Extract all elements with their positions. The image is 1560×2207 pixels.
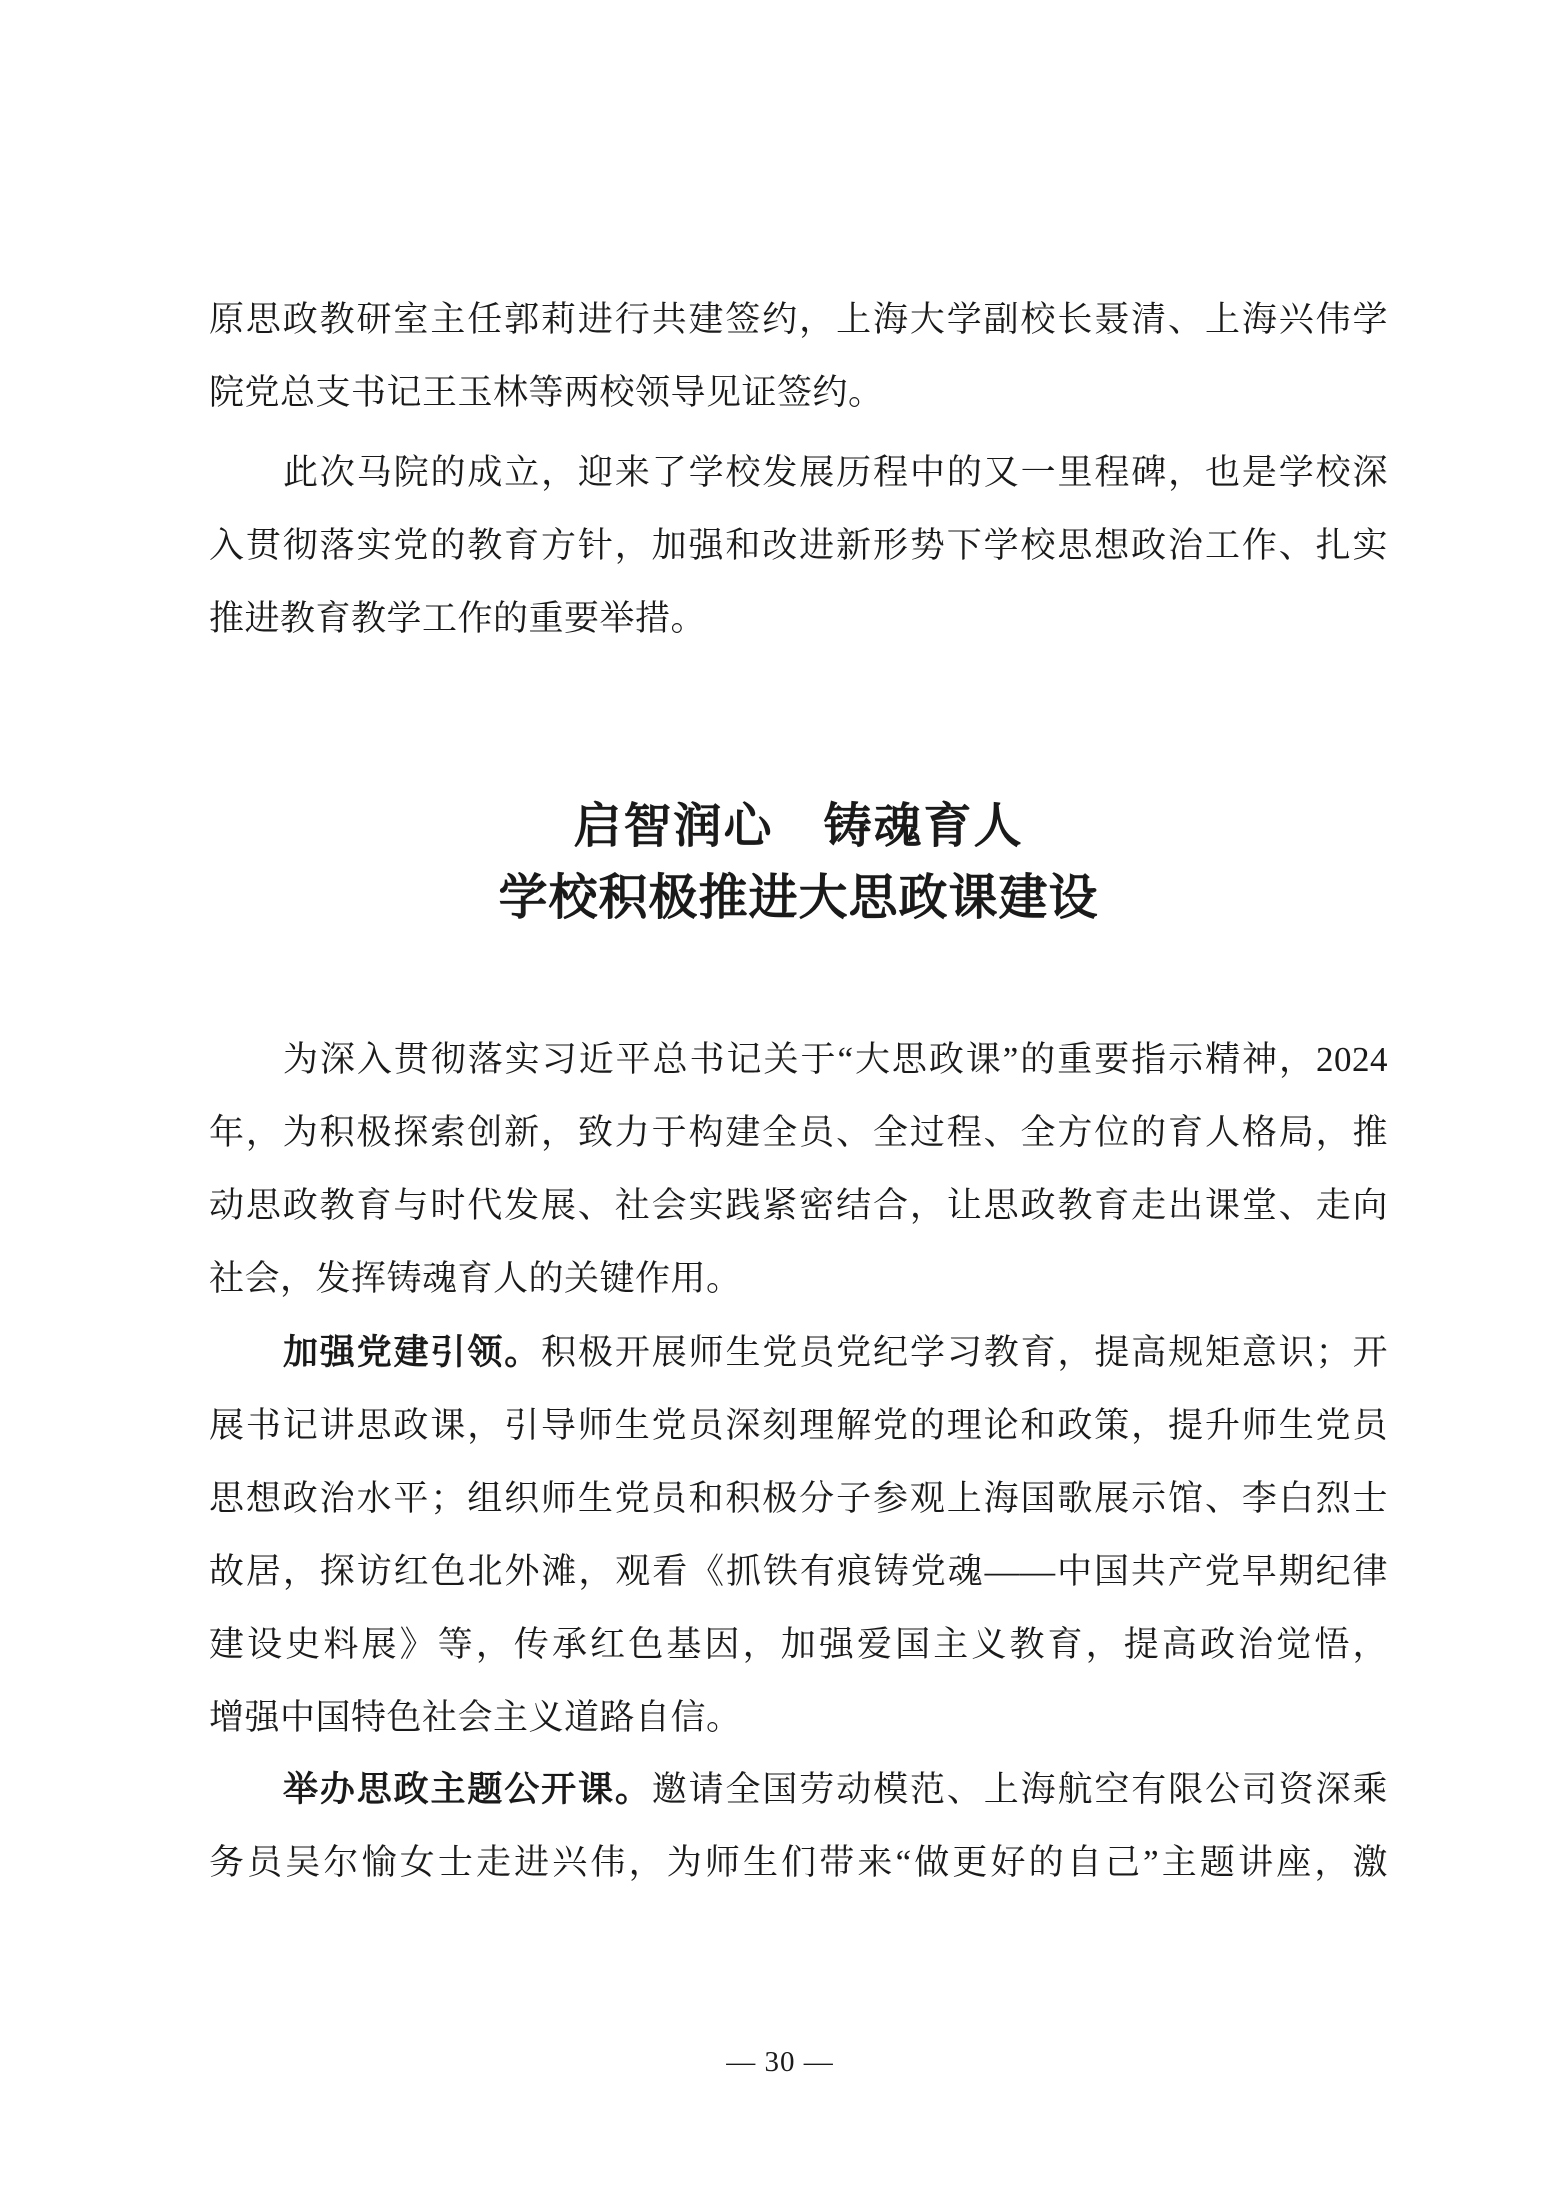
text-line: 年，为积极探索创新，致力于构建全员、全过程、全方位的育人格局，推 [209,1096,1388,1169]
text-line: 加强党建引领。积极开展师生党员党纪学习教育，提高规矩意识；开 [209,1316,1388,1389]
text-line: 推进教育教学工作的重要举措。 [209,582,1388,655]
document-page: 原思政教研室主任郭莉进行共建签约，上海大学副校长聂清、上海兴伟学 院党总支书记王… [0,0,1560,2207]
paragraph-4: 加强党建引领。积极开展师生党员党纪学习教育，提高规矩意识；开 展书记讲思政课，引… [209,1316,1388,1754]
text-line: 此次马院的成立，迎来了学校发展历程中的又一里程碑，也是学校深 [209,436,1388,509]
text-line: 建设史料展》等，传承红色基因，加强爱国主义教育，提高政治觉悟， [209,1608,1388,1681]
text-line: 展书记讲思政课，引导师生党员深刻理解党的理论和政策，提升师生党员 [209,1389,1388,1462]
text-line: 故居，探访红色北外滩，观看《抓铁有痕铸党魂——中国共产党早期纪律 [209,1535,1388,1608]
article-subtitle: 学校积极推进大思政课建设 [209,866,1388,930]
line-rest-text: 邀请全国劳动模范、上海航空有限公司资深乘 [652,1770,1388,1809]
text-line: 动思政教育与时代发展、社会实践紧密结合，让思政教育走出课堂、走向 [209,1169,1388,1242]
paragraph-5: 举办思政主题公开课。邀请全国劳动模范、上海航空有限公司资深乘 务员吴尔愉女士走进… [209,1753,1388,1899]
text-line: 院党总支书记王玉林等两校领导见证签约。 [209,356,1388,429]
bold-lead-text: 举办思政主题公开课。 [283,1770,652,1809]
bold-lead-text: 加强党建引领。 [283,1333,541,1372]
text-line: 社会，发挥铸魂育人的关键作用。 [209,1242,1388,1315]
text-line: 务员吴尔愉女士走进兴伟，为师生们带来“做更好的自己”主题讲座，激 [209,1826,1388,1899]
text-line: 增强中国特色社会主义道路自信。 [209,1681,1388,1754]
page-number: — 30 — [0,2042,1560,2082]
text-line: 原思政教研室主任郭莉进行共建签约，上海大学副校长聂清、上海兴伟学 [209,283,1388,356]
paragraph-2: 此次马院的成立，迎来了学校发展历程中的又一里程碑，也是学校深 入贯彻落实党的教育… [209,436,1388,655]
paragraph-3: 为深入贯彻落实习近平总书记关于“大思政课”的重要指示精神，2024 年，为积极探… [209,1023,1388,1315]
text-line: 思想政治水平；组织师生党员和积极分子参观上海国歌展示馆、李白烈士 [209,1462,1388,1535]
text-line: 举办思政主题公开课。邀请全国劳动模范、上海航空有限公司资深乘 [209,1753,1388,1826]
paragraph-1: 原思政教研室主任郭莉进行共建签约，上海大学副校长聂清、上海兴伟学 院党总支书记王… [209,283,1388,429]
text-line: 为深入贯彻落实习近平总书记关于“大思政课”的重要指示精神，2024 [209,1023,1388,1096]
line-rest-text: 积极开展师生党员党纪学习教育，提高规矩意识；开 [541,1333,1388,1372]
article-title: 启智润心 铸魂育人 [209,797,1388,857]
text-line: 入贯彻落实党的教育方针，加强和改进新形势下学校思想政治工作、扎实 [209,509,1388,582]
